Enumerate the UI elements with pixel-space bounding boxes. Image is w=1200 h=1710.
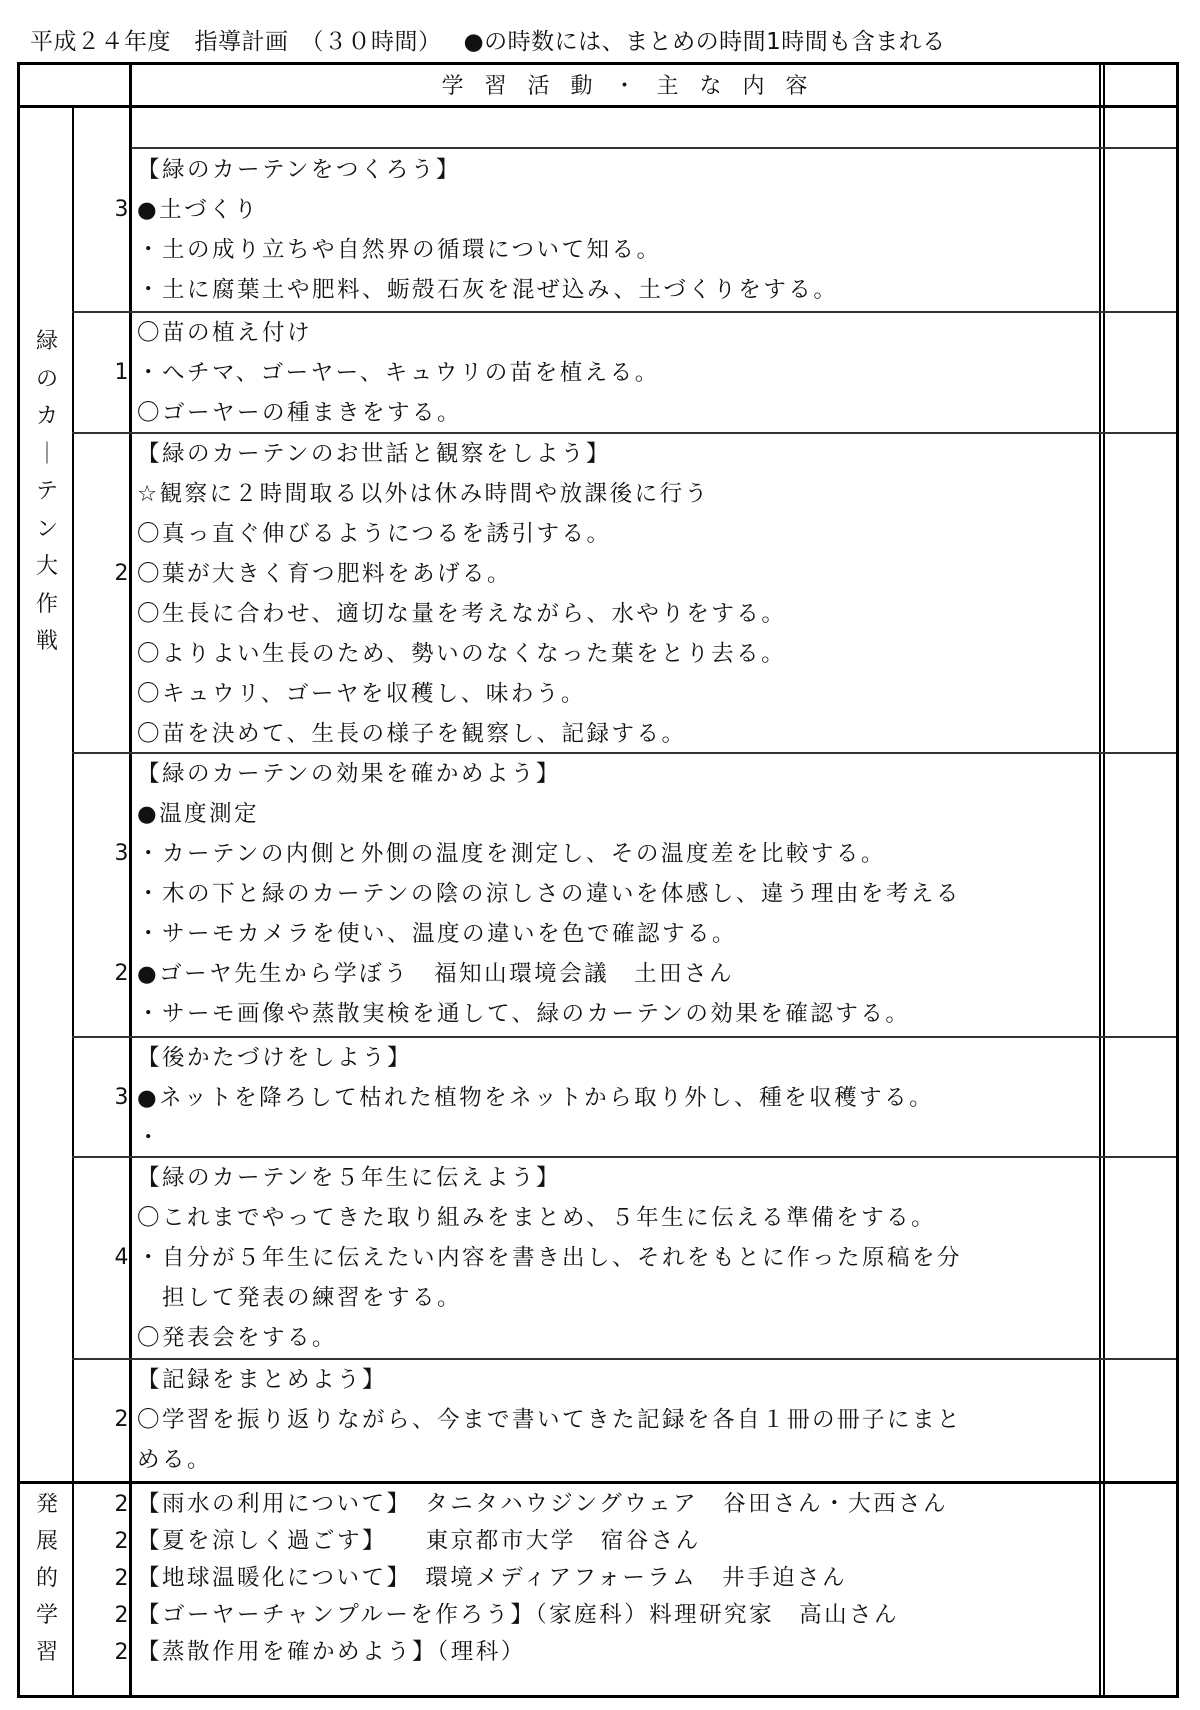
content-line: 【緑のカーテンをつくろう】	[137, 150, 1097, 190]
unit-label-char: 大	[20, 548, 74, 585]
content-line: ●温度測定	[137, 794, 1097, 834]
section-content: 【後かたづけをしよう】●ネットを降ろして枯れた植物をネットから取り外し、種を収穫…	[137, 1038, 1097, 1158]
empty-row-divider	[131, 147, 1176, 149]
development-line: 【夏を涼しく過ごす】 東京都市大学 宿谷さん	[137, 1523, 1097, 1560]
section-content: 【緑のカーテンの効果を確かめよう】●温度測定・カーテンの内側と外側の温度を測定し…	[137, 754, 1097, 1034]
development-divider	[20, 1481, 1176, 1484]
content-line: 〇真っ直ぐ伸びるようにつるを誘引する。	[137, 514, 1097, 554]
content-line: ・カーテンの内側と外側の温度を測定し、その温度差を比較する。	[137, 834, 1097, 874]
lesson-plan-table: 学習活動・主な内容 【緑のカーテンをつくろう】●土づくり・土の成り立ちや自然界の…	[17, 62, 1179, 1698]
hours-value: 2	[93, 954, 150, 994]
content-line: 【記録をまとめよう】	[137, 1360, 1097, 1400]
content-line: 〇ゴーヤーの種まきをする。	[137, 393, 1097, 433]
unit-label-char: ｜	[20, 436, 74, 473]
title-main: 平成２４年度 指導計画 （３０時間）	[30, 29, 442, 55]
hours-value: 4	[93, 1238, 150, 1278]
development-line: 【蒸散作用を確かめよう】（理科）	[137, 1634, 1097, 1671]
content-line: 〇発表会をする。	[137, 1318, 1097, 1358]
unit-label-char: 作	[20, 586, 74, 623]
content-line: ・サーモカメラを使い、温度の違いを色で確認する。	[137, 914, 1097, 954]
development-line: 【地球温暖化について】 環境メディアフォーラム 井手迫さん	[137, 1560, 1097, 1597]
unit-label-char: テ	[20, 473, 74, 510]
development-line: 【ゴーヤーチャンプルーを作ろう】（家庭科）料理研究家 高山さん	[137, 1597, 1097, 1634]
table-header: 学習活動・主な内容	[150, 65, 1120, 109]
content-line: ・へチマ、ゴーヤー、キュウリの苗を植える。	[137, 353, 1097, 393]
unit-label-char: 緑	[20, 323, 74, 360]
development-label-char: 習	[20, 1634, 74, 1671]
development-label-char: 発	[20, 1486, 74, 1523]
notes-column-border-a	[1099, 65, 1101, 1695]
content-line: 〇学習を振り返りながら、今まで書いてきた記録を各自１冊の冊子にまと	[137, 1400, 1097, 1440]
content-line: 〇葉が大きく育つ肥料をあげる。	[137, 554, 1097, 594]
content-line: める。	[137, 1440, 1097, 1480]
content-line: 〇苗を決めて、生長の様子を観察し、記録する。	[137, 714, 1097, 754]
unit-label-char: 戦	[20, 623, 74, 660]
section-content: 【記録をまとめよう】〇学習を振り返りながら、今まで書いてきた記録を各自１冊の冊子…	[137, 1360, 1097, 1480]
content-line: 【緑のカーテンのお世話と観察をしよう】	[137, 434, 1097, 474]
development-line: 【雨水の利用について】 タニタハウジングウェア 谷田さん・大西さん	[137, 1486, 1097, 1523]
content-line: ・土の成り立ちや自然界の循環について知る。	[137, 230, 1097, 270]
unit-label-char: の	[20, 361, 74, 398]
hours-value: 2	[93, 1597, 150, 1634]
section-content: 【緑のカーテンをつくろう】●土づくり・土の成り立ちや自然界の循環について知る。・…	[137, 150, 1097, 310]
content-line: ●ネットを降ろして枯れた植物をネットから取り外し、種を収穫する。	[137, 1078, 1097, 1118]
content-line: ・サーモ画像や蒸散実検を通して、緑のカーテンの効果を確認する。	[137, 994, 1097, 1034]
content-line: 〇これまでやってきた取り組みをまとめ、５年生に伝える準備をする。	[137, 1198, 1097, 1238]
content-line: ●ゴーヤ先生から学ぼう 福知山環境会議 土田さん	[137, 954, 1097, 994]
development-label-char: 展	[20, 1523, 74, 1560]
content-line: 〇キュウリ、ゴーヤを収穫し、味わう。	[137, 674, 1097, 714]
content-line: 〇苗の植え付け	[137, 313, 1097, 353]
hours-value: 3	[93, 834, 150, 874]
document-title: 平成２４年度 指導計画 （３０時間）●の時数には、まとめの時間1時間も含まれる	[30, 22, 946, 62]
hours-value: 2	[93, 1560, 150, 1597]
development-label-char: 学	[20, 1597, 74, 1634]
unit-label-char: カ	[20, 398, 74, 435]
unit-label-char: ン	[20, 511, 74, 548]
content-line: ☆観察に２時間取る以外は休み時間や放課後に行う	[137, 474, 1097, 514]
content-column-left-border	[129, 65, 132, 1695]
notes-column-border-b	[1103, 65, 1105, 1695]
development-label-char: 的	[20, 1560, 74, 1597]
hours-value: 2	[93, 1523, 150, 1560]
hours-value: 2	[93, 1634, 150, 1671]
content-line: ・土に腐葉土や肥料、蛎殻石灰を混ぜ込み、土づくりをする。	[137, 270, 1097, 310]
header-divider	[20, 105, 1176, 108]
content-line: ●土づくり	[137, 190, 1097, 230]
content-line: 担して発表の練習をする。	[137, 1278, 1097, 1318]
content-line: ・自分が５年生に伝えたい内容を書き出し、それをもとに作った原稿を分	[137, 1238, 1097, 1278]
hours-value: 3	[93, 1078, 150, 1118]
hours-value: 2	[93, 1400, 150, 1440]
content-line: 〇生長に合わせ、適切な量を考えながら、水やりをする。	[137, 594, 1097, 634]
hours-value: 3	[93, 190, 150, 230]
section-content: 【緑のカーテンのお世話と観察をしよう】☆観察に２時間取る以外は休み時間や放課後に…	[137, 434, 1097, 754]
section-content: 〇苗の植え付け・へチマ、ゴーヤー、キュウリの苗を植える。〇ゴーヤーの種まきをする…	[137, 313, 1097, 433]
hours-value: 1	[93, 353, 150, 393]
content-line: 【後かたづけをしよう】	[137, 1038, 1097, 1078]
content-line: 【緑のカーテンの効果を確かめよう】	[137, 754, 1097, 794]
hours-value: 2	[93, 1486, 150, 1523]
content-line: 【緑のカーテンを５年生に伝えよう】	[137, 1158, 1097, 1198]
section-content: 【緑のカーテンを５年生に伝えよう】〇これまでやってきた取り組みをまとめ、５年生に…	[137, 1158, 1097, 1358]
content-line: ・木の下と緑のカーテンの陰の涼しさの違いを体感し、違う理由を考える	[137, 874, 1097, 914]
content-line: ・	[137, 1118, 1097, 1158]
hours-value: 2	[93, 554, 150, 594]
title-note: ●の時数には、まとめの時間1時間も含まれる	[464, 29, 946, 55]
content-line: 〇よりよい生長のため、勢いのなくなった葉をとり去る。	[137, 634, 1097, 674]
